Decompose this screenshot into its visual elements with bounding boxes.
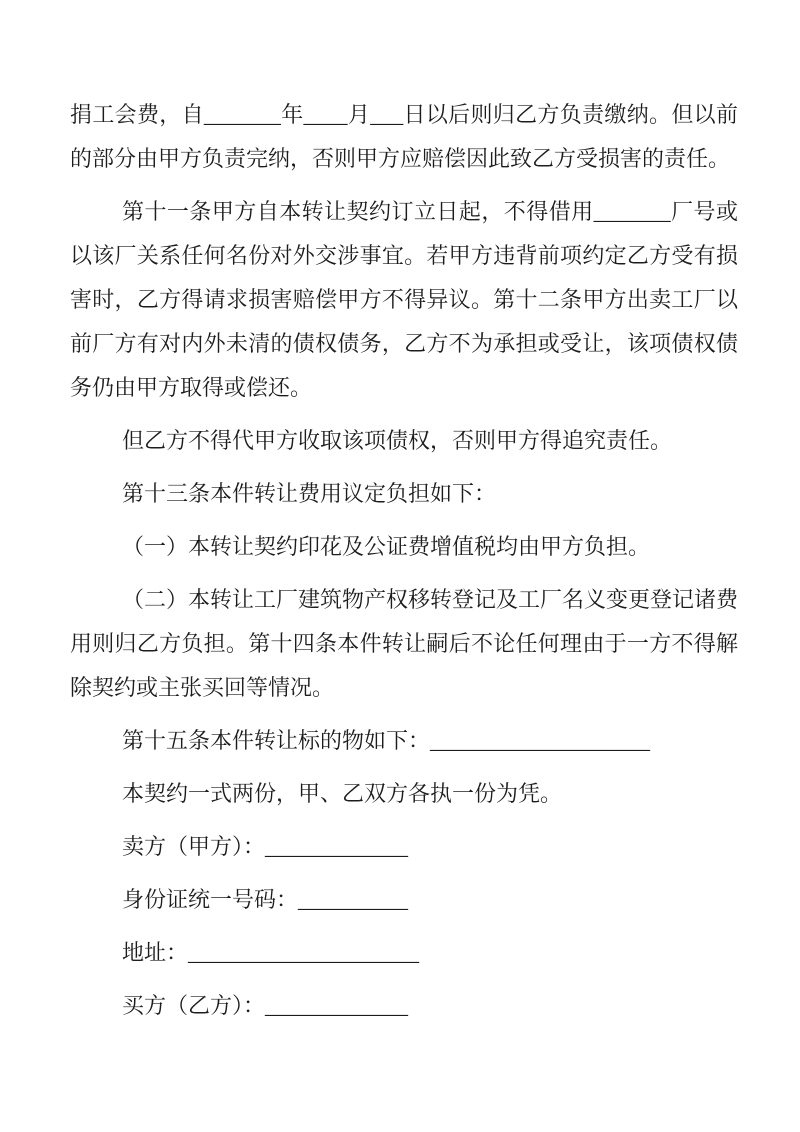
contract-paragraph: 第十一条甲方自本转让契约订立日起，不得借用_______厂号或以该厂关系任何名份…: [70, 190, 738, 410]
contract-paragraph: 买方（乙方）：_____________: [70, 984, 738, 1028]
contract-paragraph: （二）本转让工厂建筑物产权移转登记及工厂名义变更登记诸费用则归乙方负担。第十四条…: [70, 578, 738, 710]
contract-paragraph: 本契约一式两份，甲、乙双方各执一份为凭。: [70, 772, 738, 816]
document-page: 捐工会费，自_______年____月___日以后则归乙方负责缴纳。但以前的部分…: [0, 0, 800, 1132]
contract-paragraph: （一）本转让契约印花及公证费增值税均由甲方负担。: [70, 525, 738, 569]
contract-paragraph: 第十三条本件转让费用议定负担如下：: [70, 472, 738, 516]
contract-text-body: 捐工会费，自_______年____月___日以后则归乙方负责缴纳。但以前的部分…: [70, 93, 738, 1028]
contract-paragraph: 第十五条本件转让标的物如下：____________________: [70, 719, 738, 763]
contract-paragraph: 身份证统一号码：__________: [70, 878, 738, 922]
contract-paragraph: 但乙方不得代甲方收取该项债权，否则甲方得追究责任。: [70, 419, 738, 463]
contract-paragraph: 捐工会费，自_______年____月___日以后则归乙方负责缴纳。但以前的部分…: [70, 93, 738, 181]
contract-paragraph: 地址：_____________________: [70, 931, 738, 975]
contract-paragraph: 卖方（甲方）：_____________: [70, 825, 738, 869]
